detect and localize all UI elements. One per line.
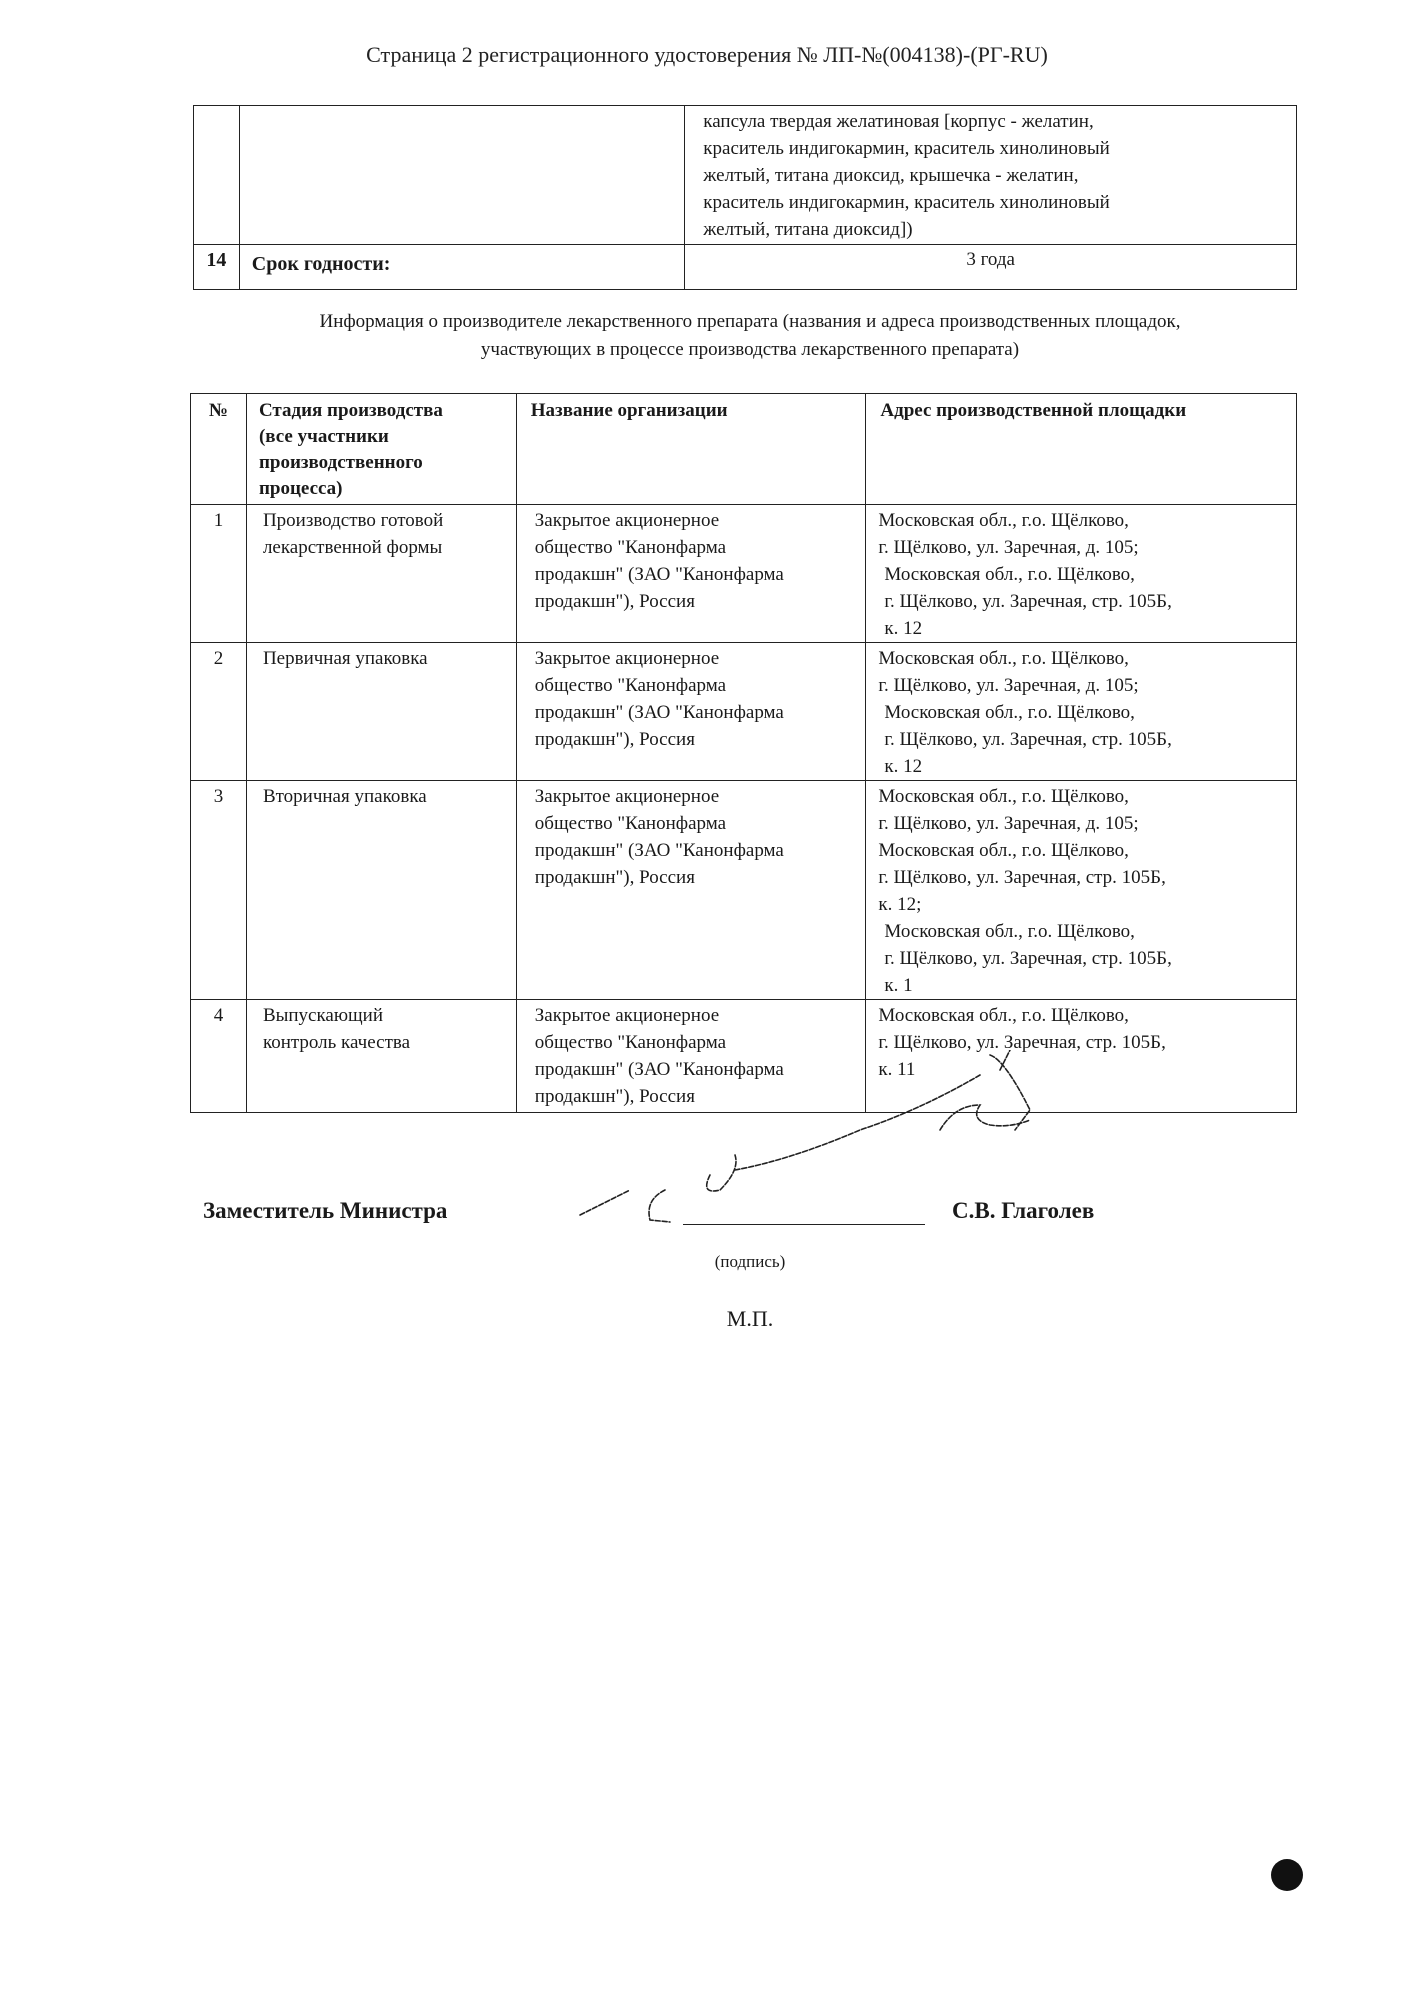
address-line: г. Щёлково, ул. Заречная, д. 105;	[878, 810, 1290, 837]
column-header-address: Адрес производственной площадки	[866, 394, 1297, 505]
value-line: желтый, титана диоксид, крышечка - желат…	[703, 162, 1286, 189]
address-line: к. 12	[878, 615, 1290, 642]
shelf-life-value: 3 года	[685, 245, 1297, 290]
address-line: г. Щёлково, ул. Заречная, стр. 105Б,	[878, 945, 1290, 972]
address-line: к. 12;	[878, 891, 1290, 918]
row-number: 3	[191, 781, 247, 1000]
production-stage: Первичная упаковка	[246, 643, 516, 781]
stage-line: Выпускающий	[263, 1002, 510, 1029]
value-line: краситель индигокармин, краситель хиноли…	[703, 189, 1286, 216]
table-row: капсула твердая желатиновая [корпус - же…	[194, 106, 1297, 245]
column-header-organization: Название организации	[516, 394, 866, 505]
row-number: 14	[194, 245, 240, 290]
production-stage: Вторичная упаковка	[246, 781, 516, 1000]
stage-line: Вторичная упаковка	[263, 783, 510, 810]
org-line: общество "Канонфарма	[535, 672, 860, 699]
signature-caption: (подпись)	[690, 1252, 810, 1272]
table-row: 1 Производство готовой лекарственной фор…	[191, 505, 1297, 643]
org-line: продакшн" (ЗАО "Канонфарма	[535, 837, 860, 864]
org-line: Закрытое акционерное	[535, 507, 860, 534]
table-row: 3 Вторичная упаковка Закрытое акционерно…	[191, 781, 1297, 1000]
row-number: 2	[191, 643, 247, 781]
composition-value: капсула твердая желатиновая [корпус - же…	[685, 106, 1297, 245]
row-label	[239, 106, 685, 245]
production-stage: Производство готовой лекарственной формы	[246, 505, 516, 643]
org-line: продакшн"), Россия	[535, 588, 860, 615]
address-line: г. Щёлково, ул. Заречная, стр. 105Б,	[878, 726, 1290, 753]
address-line: к. 1	[878, 972, 1290, 999]
intro-line: Информация о производителе лекарственног…	[190, 308, 1310, 336]
organization-name: Закрытое акционерное общество "Канонфарм…	[516, 505, 866, 643]
org-line: Закрытое акционерное	[535, 1002, 860, 1029]
row-number: 1	[191, 505, 247, 643]
signatory-name: С.В. Глаголев	[952, 1198, 1094, 1224]
composition-table: капсула твердая желатиновая [корпус - же…	[193, 105, 1297, 290]
table-row: 14 Срок годности: 3 года	[194, 245, 1297, 290]
address-line: г. Щёлково, ул. Заречная, д. 105;	[878, 672, 1290, 699]
black-circle-mark-icon	[1271, 1859, 1303, 1891]
org-line: общество "Канонфарма	[535, 534, 860, 561]
org-line: Закрытое акционерное	[535, 783, 860, 810]
manufacturers-table: № Стадия производства (все участники про…	[190, 393, 1297, 1113]
column-header-number: №	[191, 394, 247, 505]
stamp-place: М.П.	[690, 1306, 810, 1332]
org-line: продакшн" (ЗАО "Канонфарма	[535, 561, 860, 588]
org-line: продакшн"), Россия	[535, 726, 860, 753]
row-number	[194, 106, 240, 245]
address-line: г. Щёлково, ул. Заречная, стр. 105Б,	[878, 864, 1290, 891]
production-stage: Выпускающий контроль качества	[246, 1000, 516, 1113]
header-line: процесса)	[259, 476, 508, 502]
row-number: 4	[191, 1000, 247, 1113]
intro-line: участвующих в процессе производства лека…	[190, 336, 1310, 364]
site-address: Московская обл., г.о. Щёлково, г. Щёлков…	[866, 781, 1297, 1000]
address-line: г. Щёлково, ул. Заречная, д. 105;	[878, 534, 1290, 561]
header-line: (все участники	[259, 424, 508, 450]
header-line: Стадия производства	[259, 398, 508, 424]
org-line: продакшн" (ЗАО "Канонфарма	[535, 699, 860, 726]
manufacturer-intro: Информация о производителе лекарственног…	[190, 308, 1310, 364]
signature-line	[683, 1224, 925, 1225]
address-line: Московская обл., г.о. Щёлково,	[878, 837, 1290, 864]
page-header: Страница 2 регистрационного удостоверени…	[0, 42, 1414, 68]
site-address: Московская обл., г.о. Щёлково, г. Щёлков…	[866, 505, 1297, 643]
address-line: к. 12	[878, 753, 1290, 780]
shelf-life-label: Срок годности:	[239, 245, 685, 290]
address-line: г. Щёлково, ул. Заречная, стр. 105Б,	[878, 588, 1290, 615]
org-line: продакшн"), Россия	[535, 864, 860, 891]
address-line: Московская обл., г.о. Щёлково,	[878, 918, 1290, 945]
address-line: Московская обл., г.о. Щёлково,	[878, 783, 1290, 810]
address-line: Московская обл., г.о. Щёлково,	[878, 507, 1290, 534]
table-row: 2 Первичная упаковка Закрытое акционерно…	[191, 643, 1297, 781]
organization-name: Закрытое акционерное общество "Канонфарм…	[516, 643, 866, 781]
column-header-stage: Стадия производства (все участники произ…	[246, 394, 516, 505]
header-line: производственного	[259, 450, 508, 476]
stage-line: Первичная упаковка	[263, 645, 510, 672]
address-line: Московская обл., г.о. Щёлково,	[878, 699, 1290, 726]
signatory-position: Заместитель Министра	[203, 1198, 447, 1224]
stage-line: контроль качества	[263, 1029, 510, 1056]
address-line: Московская обл., г.о. Щёлково,	[878, 561, 1290, 588]
org-line: общество "Канонфарма	[535, 810, 860, 837]
org-line: Закрытое акционерное	[535, 645, 860, 672]
address-line: Московская обл., г.о. Щёлково,	[878, 1002, 1290, 1029]
value-line: краситель индигокармин, краситель хиноли…	[703, 135, 1286, 162]
stage-line: лекарственной формы	[263, 534, 510, 561]
address-line: Московская обл., г.о. Щёлково,	[878, 645, 1290, 672]
site-address: Московская обл., г.о. Щёлково, г. Щёлков…	[866, 643, 1297, 781]
value-line: желтый, титана диоксид])	[703, 216, 1286, 243]
stage-line: Производство готовой	[263, 507, 510, 534]
table-header-row: № Стадия производства (все участники про…	[191, 394, 1297, 505]
organization-name: Закрытое акционерное общество "Канонфарм…	[516, 781, 866, 1000]
value-line: капсула твердая желатиновая [корпус - же…	[703, 108, 1286, 135]
